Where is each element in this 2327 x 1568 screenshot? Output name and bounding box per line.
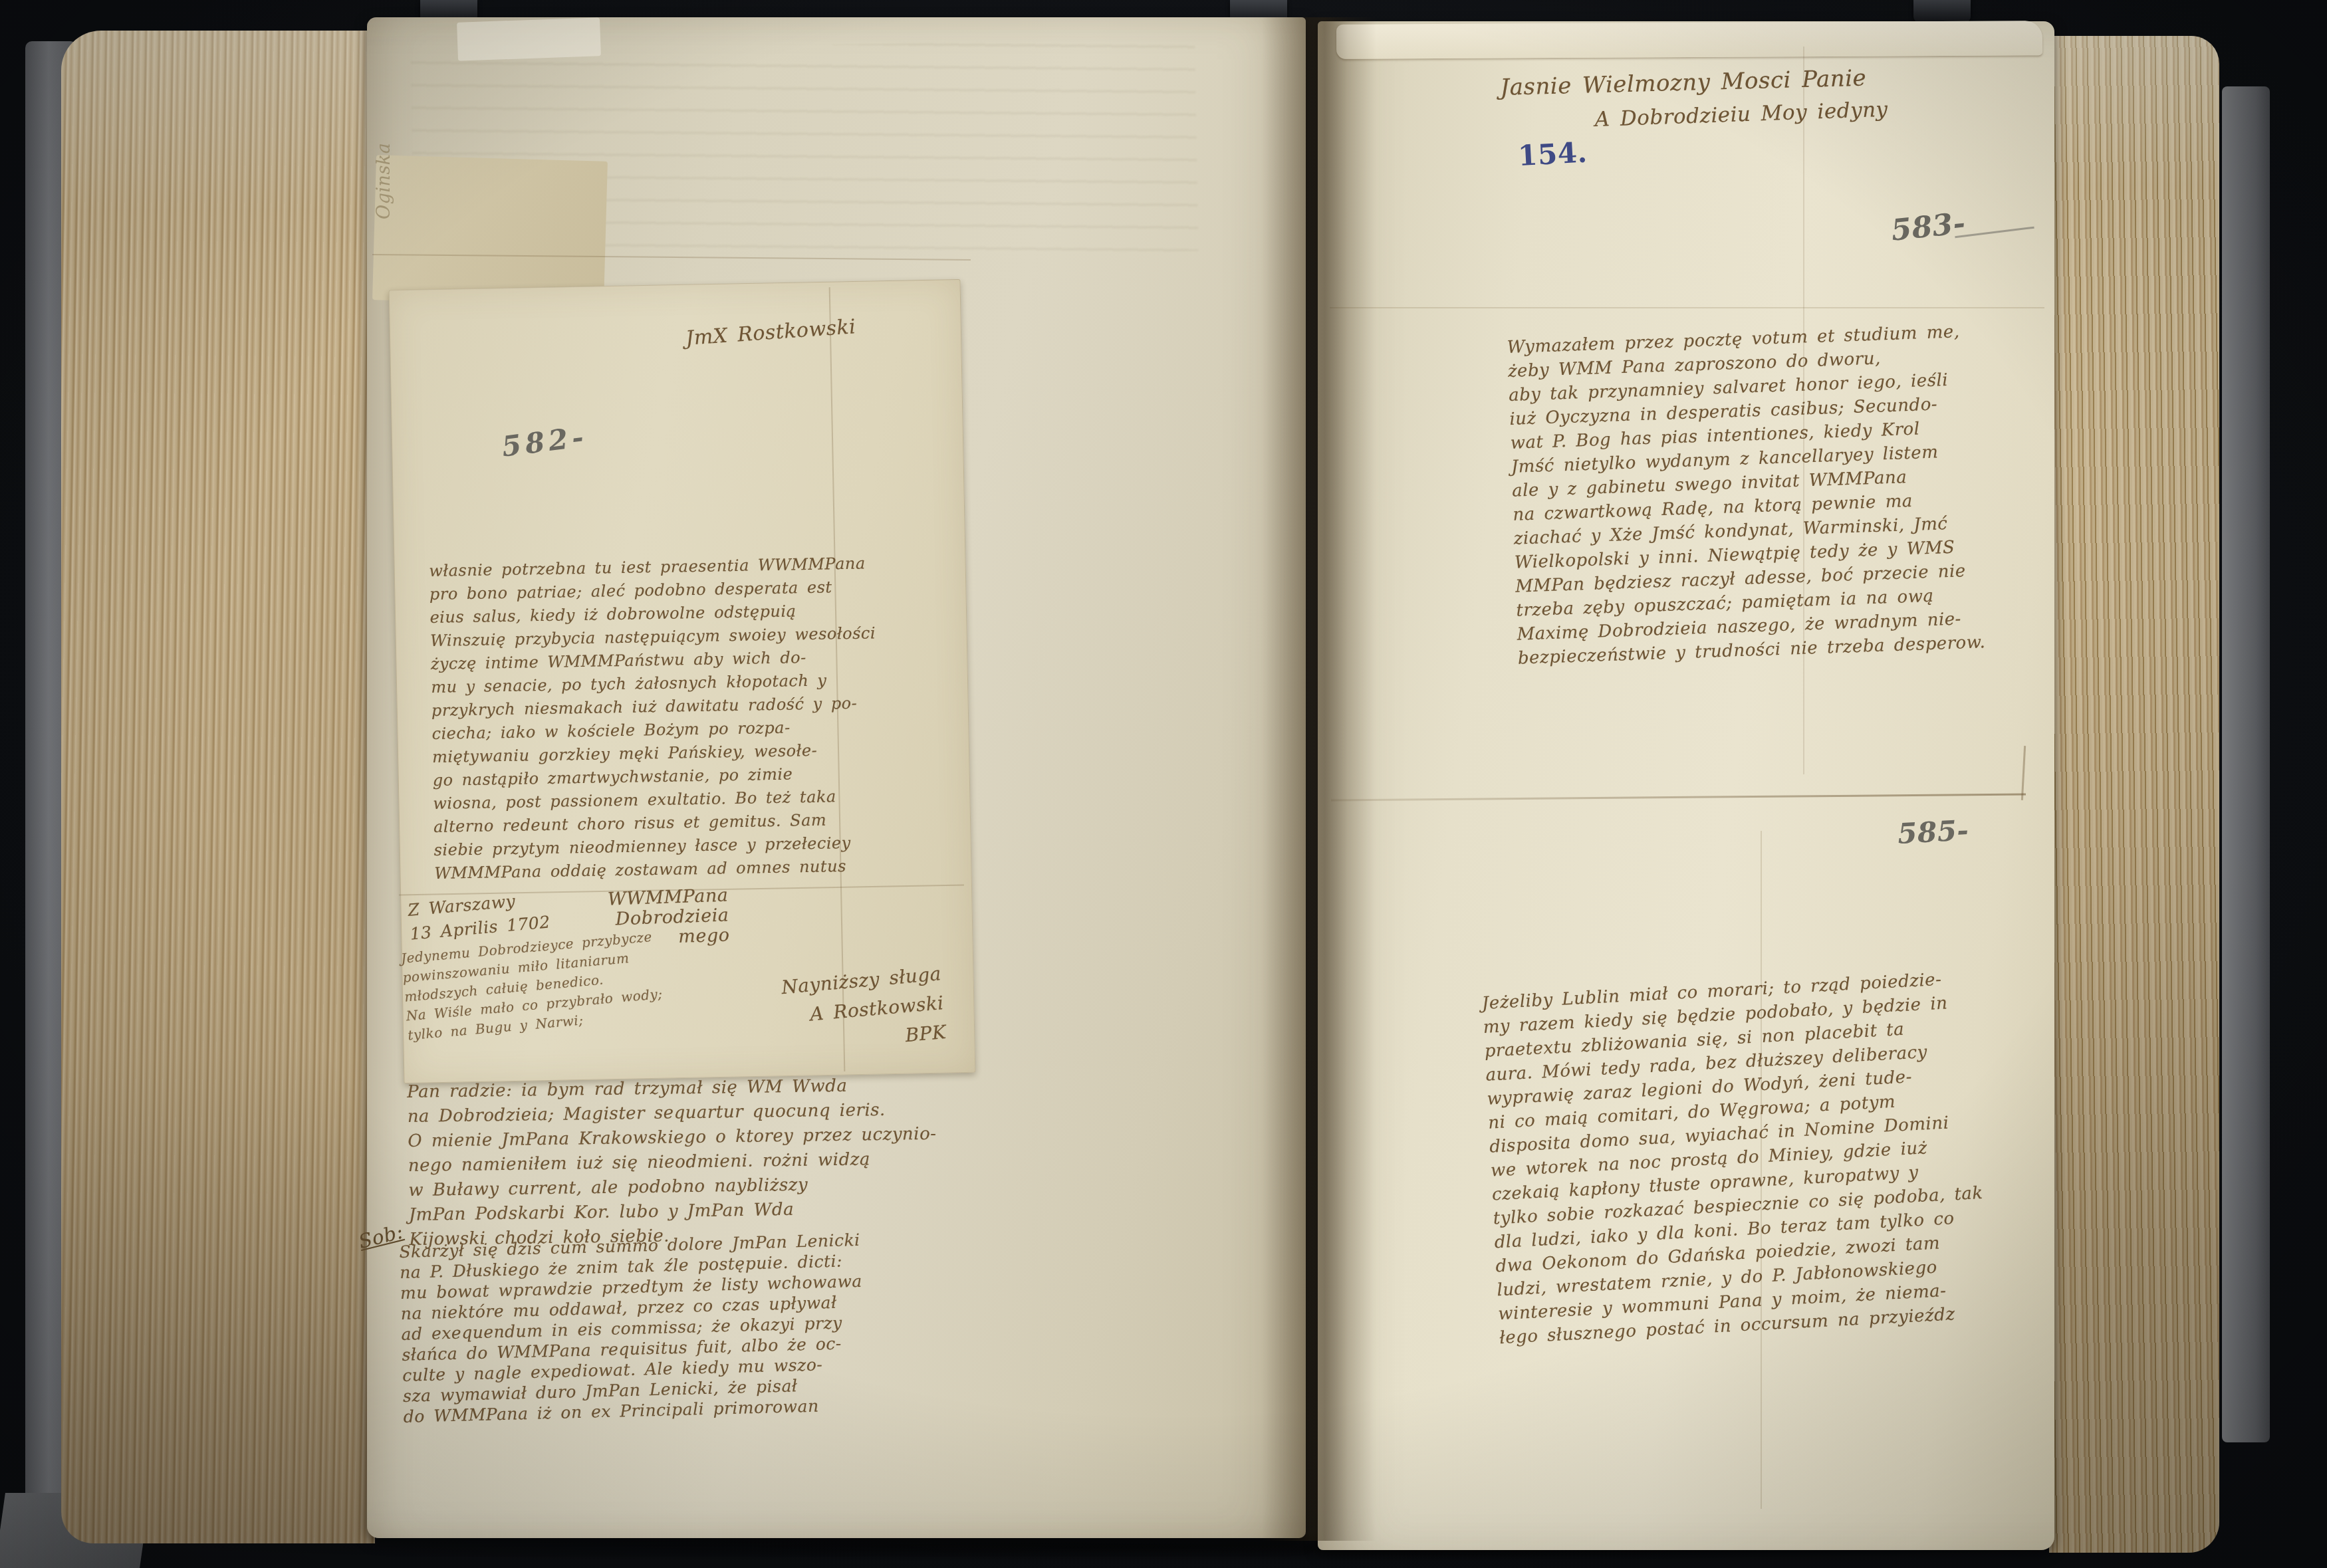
- photo-vignette: [0, 0, 2327, 1568]
- photo-background: Oginska JmX Rostkowski 582- własnie potr…: [0, 0, 2327, 1568]
